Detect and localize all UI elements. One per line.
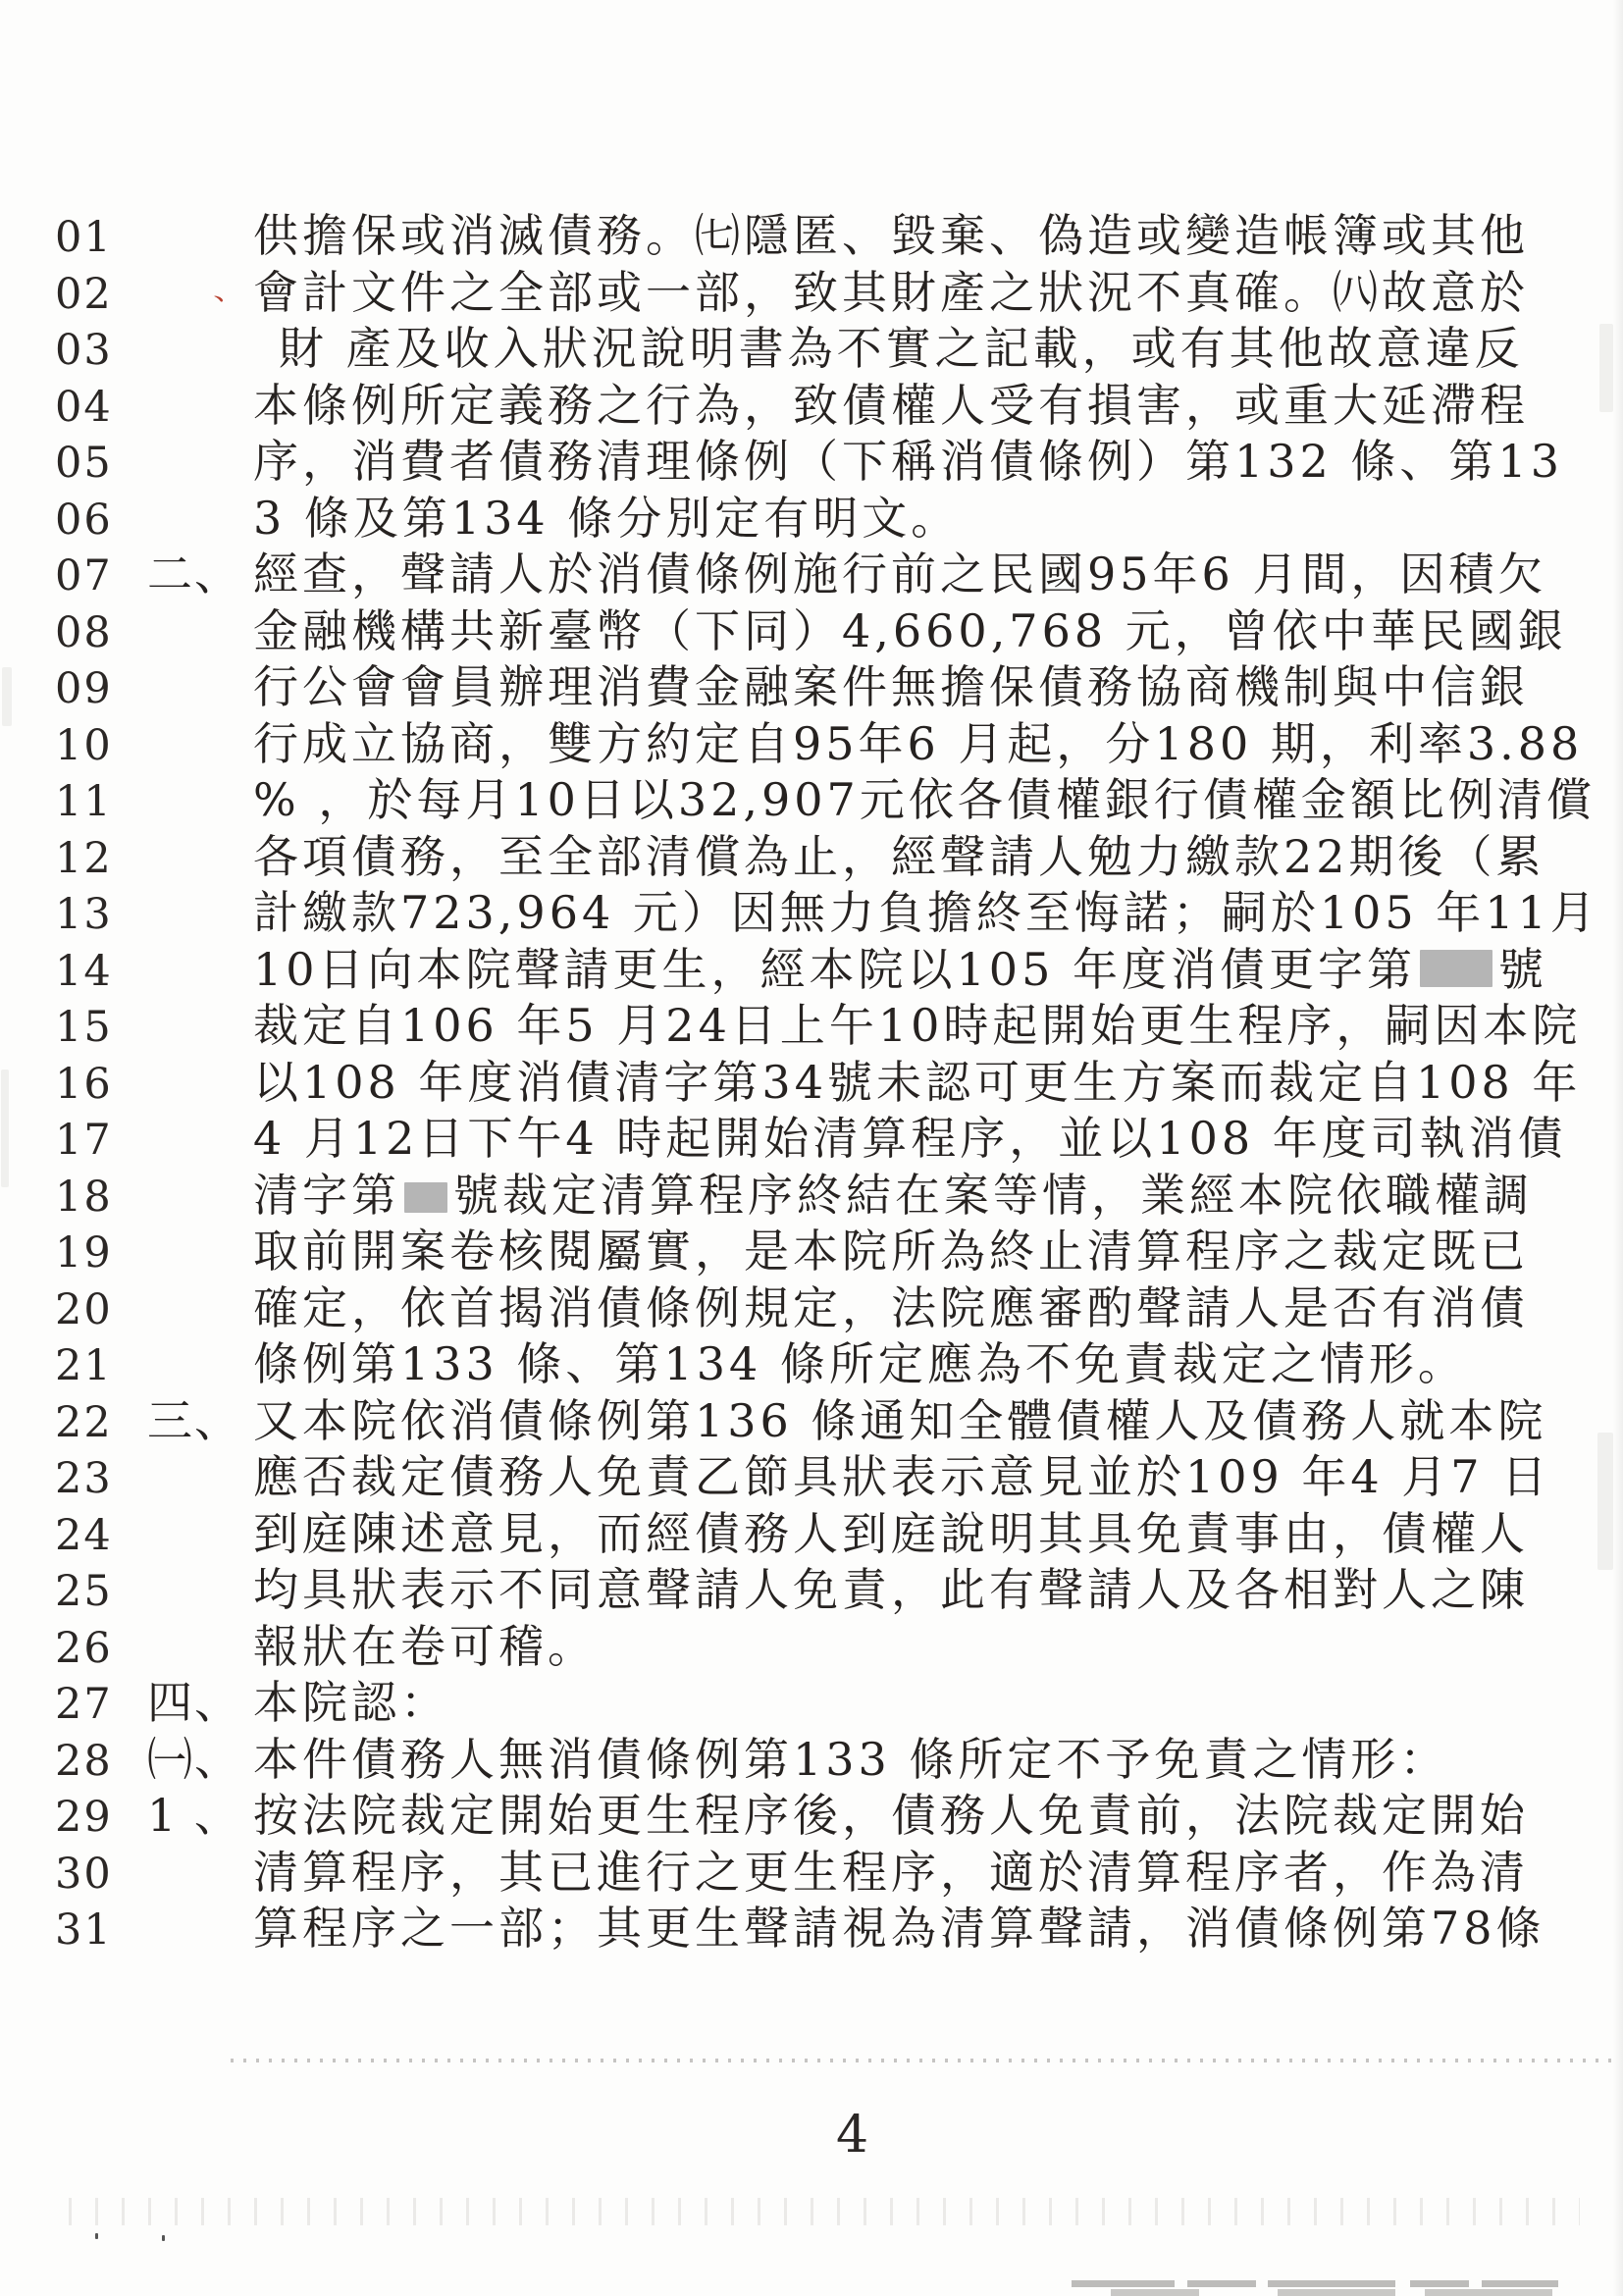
line-number: 12 xyxy=(55,831,143,886)
line-number: 30 xyxy=(55,1847,143,1902)
page-number: 4 xyxy=(836,2106,868,2165)
line-text: 號裁定清算程序終結在案等情，業經本院依職權調 xyxy=(453,1169,1533,1222)
document-line: 291 、按法院裁定開始更生程序後，債務人免責前，法院裁定開始 xyxy=(0,1788,1623,1845)
scan-speck xyxy=(162,2235,165,2241)
line-text: 本件債務人無消債條例第133 條所定不予免責之情形： xyxy=(253,1733,1448,1786)
red-tick-mark: 、 xyxy=(209,272,244,307)
line-text: 各項債務，至全部清償為止，經聲請人勉力繳款22期後（累 xyxy=(253,830,1545,883)
line-number: 22 xyxy=(55,1395,143,1450)
document-line: 27四、本院認： xyxy=(0,1675,1623,1732)
list-item-marker: 四、 xyxy=(147,1675,253,1730)
line-number: 15 xyxy=(55,1000,143,1055)
line-number: 28 xyxy=(55,1734,143,1789)
line-number: 31 xyxy=(55,1903,143,1957)
line-number: 16 xyxy=(55,1057,143,1112)
line-number: 11 xyxy=(55,774,143,829)
list-item-marker: 1 、 xyxy=(147,1788,253,1843)
line-number: 13 xyxy=(55,887,143,942)
line-number: 14 xyxy=(55,944,143,999)
line-text: 供擔保或消滅債務。㈦隱匿、毀棄、偽造或變造帳簿或其他 xyxy=(253,209,1529,262)
document-line: 24到庭陳述意見，而經債務人到庭說明其具免責事由，債權人 xyxy=(0,1506,1623,1563)
line-number: 24 xyxy=(55,1508,143,1563)
document-line: 22三、又本院依消債條例第136 條通知全體債權人及債務人就本院 xyxy=(0,1393,1623,1450)
document-line: 20確定，依首揭消債條例規定，法院應審酌聲請人是否有消債 xyxy=(0,1280,1623,1337)
scanned-court-document-page: 01供擔保或消滅債務。㈦隱匿、毀棄、偽造或變造帳簿或其他02會計文件之全部或一部… xyxy=(0,0,1623,2296)
line-number: 07 xyxy=(55,548,143,603)
line-number: 25 xyxy=(55,1564,143,1619)
line-text: 10日向本院聲請更生，經本院以105 年度消債更字第 xyxy=(253,943,1416,996)
line-text: 計繳款723,964 元）因無力負擔終至悔諾；嗣於105 年11月 xyxy=(253,886,1599,939)
line-number: 08 xyxy=(55,605,143,660)
line-number: 01 xyxy=(55,210,143,265)
document-line: 13計繳款723,964 元）因無力負擔終至悔諾；嗣於105 年11月 xyxy=(0,885,1623,942)
line-text: 清字第 xyxy=(253,1169,400,1222)
list-item-marker: 三、 xyxy=(147,1393,253,1448)
line-number: 27 xyxy=(55,1677,143,1732)
line-text: 又本院依消債條例第136 條通知全體債權人及債務人就本院 xyxy=(253,1394,1546,1447)
document-line: 08金融機構共新臺幣（下同）4,660,768 元，曾依中華民國銀 xyxy=(0,603,1623,660)
document-line: 23應否裁定債務人免責乙節具狀表示意見並於109 年4 月7 日 xyxy=(0,1449,1623,1506)
line-number: 05 xyxy=(55,436,143,491)
line-number: 19 xyxy=(55,1226,143,1280)
line-text: 4 月12日下午4 時起開始清算程序，並以108 年度司執消債 xyxy=(253,1112,1567,1165)
document-line: 03財 產及收入狀況說明書為不實之記載，或有其他故意違反 xyxy=(0,321,1623,378)
list-item-marker: ㈠、 xyxy=(147,1732,253,1787)
line-text: % ，於每月10日以32,907元依各債權銀行債權金額比例清償 xyxy=(253,773,1596,826)
line-text: 條例第133 條、第134 條所定應為不免責裁定之情形。 xyxy=(253,1337,1467,1390)
document-line: 31算程序之一部；其更生聲請視為清算聲請，消債條例第78條 xyxy=(0,1901,1623,1957)
line-number: 23 xyxy=(55,1451,143,1506)
document-line: 10行成立協商，雙方約定自95年6 月起，分180 期，利率3.88 xyxy=(0,716,1623,773)
line-text: 以108 年度消債清字第34號未認可更生方案而裁定自108 年 xyxy=(253,1056,1581,1109)
scan-smudge xyxy=(1597,1433,1613,1570)
line-text: 均具狀表示不同意聲請人免責，此有聲請人及各相對人之陳 xyxy=(253,1563,1529,1616)
document-line: 174 月12日下午4 時起開始清算程序，並以108 年度司執消債 xyxy=(0,1111,1623,1168)
scan-smudge xyxy=(2,667,12,726)
line-text: 清算程序，其已進行之更生程序，適於清算程序者，作為清 xyxy=(253,1846,1529,1899)
line-text: 號 xyxy=(1498,943,1547,996)
line-text: 裁定自106 年5 月24日上午10時起開始更生程序，嗣因本院 xyxy=(253,999,1581,1052)
line-text: 本條例所定義務之行為，致債權人受有損害，或重大延滯程 xyxy=(253,379,1529,432)
line-text: 本院認： xyxy=(253,1676,449,1729)
list-item-marker: 二、 xyxy=(147,547,253,601)
line-number: 26 xyxy=(55,1621,143,1676)
line-text: 行公會會員辦理消費金融案件無擔保債務協商機制與中信銀 xyxy=(253,660,1529,713)
line-number: 06 xyxy=(55,493,143,548)
line-number: 20 xyxy=(55,1282,143,1337)
document-line: 063 條及第134 條分別定有明文。 xyxy=(0,491,1623,548)
document-line: 15裁定自106 年5 月24日上午10時起開始更生程序，嗣因本院 xyxy=(0,998,1623,1055)
document-line: 02會計文件之全部或一部，致其財產之狀況不真確。㈧故意於 xyxy=(0,265,1623,322)
line-number: 29 xyxy=(55,1790,143,1845)
line-text: 到庭陳述意見，而經債務人到庭說明其具免責事由，債權人 xyxy=(253,1507,1529,1560)
scan-dotted-line-artifact xyxy=(231,2059,1614,2062)
document-line: 11% ，於每月10日以32,907元依各債權銀行債權金額比例清償 xyxy=(0,772,1623,829)
line-text: 3 條及第134 條分別定有明文。 xyxy=(253,492,960,545)
scan-speck xyxy=(95,2233,98,2239)
line-number: 03 xyxy=(55,323,143,378)
line-text: 按法院裁定開始更生程序後，債務人免責前，法院裁定開始 xyxy=(253,1789,1529,1842)
document-line: 09行公會會員辦理消費金融案件無擔保債務協商機制與中信銀 xyxy=(0,659,1623,716)
scan-noise-band xyxy=(69,2198,1580,2225)
document-line: 1410日向本院聲請更生，經本院以105 年度消債更字第號 xyxy=(0,942,1623,999)
line-text: 算程序之一部；其更生聲請視為清算聲請，消債條例第78條 xyxy=(253,1902,1545,1955)
line-text: 金融機構共新臺幣（下同）4,660,768 元，曾依中華民國銀 xyxy=(253,604,1567,657)
scan-smudge xyxy=(1,1070,9,1187)
line-number: 21 xyxy=(55,1338,143,1393)
line-text: 報狀在卷可稽。 xyxy=(253,1620,597,1673)
line-number: 04 xyxy=(55,380,143,435)
line-text: 財 產及收入狀況說明書為不實之記載，或有其他故意違反 xyxy=(279,322,1524,375)
line-number: 09 xyxy=(55,661,143,716)
line-text: 經查，聲請人於消債條例施行前之民國95年6 月間，因積欠 xyxy=(253,548,1546,600)
line-text: 應否裁定債務人免責乙節具狀表示意見並於109 年4 月7 日 xyxy=(253,1450,1550,1503)
document-line: 30清算程序，其已進行之更生程序，適於清算程序者，作為清 xyxy=(0,1845,1623,1902)
line-text: 確定，依首揭消債條例規定，法院應審酌聲請人是否有消債 xyxy=(253,1281,1529,1334)
document-line: 25均具狀表示不同意聲請人免責，此有聲請人及各相對人之陳 xyxy=(0,1562,1623,1619)
line-text: 取前開案卷核閱屬實，是本院所為終止清算程序之裁定既已 xyxy=(253,1225,1529,1278)
line-number: 10 xyxy=(55,718,143,773)
scan-smudge xyxy=(1599,324,1613,412)
document-line: 07二、經查，聲請人於消債條例施行前之民國95年6 月間，因積欠 xyxy=(0,547,1623,603)
line-text: 行成立協商，雙方約定自95年6 月起，分180 期，利率3.88 xyxy=(253,717,1583,770)
document-line: 05序，消費者債務清理條例（下稱消債條例）第132 條、第13 xyxy=(0,434,1623,491)
line-text: 會計文件之全部或一部，致其財產之狀況不真確。㈧故意於 xyxy=(253,266,1529,319)
line-number: 02 xyxy=(55,267,143,322)
document-line: 28㈠、本件債務人無消債條例第133 條所定不予免責之情形： xyxy=(0,1732,1623,1789)
document-line: 19取前開案卷核閱屬實，是本院所為終止清算程序之裁定既已 xyxy=(0,1224,1623,1280)
document-line: 16以108 年度消債清字第34號未認可更生方案而裁定自108 年 xyxy=(0,1055,1623,1112)
line-number: 17 xyxy=(55,1113,143,1168)
line-number: 18 xyxy=(55,1170,143,1225)
redaction-box xyxy=(1420,950,1492,987)
document-line: 01供擔保或消滅債務。㈦隱匿、毀棄、偽造或變造帳簿或其他 xyxy=(0,208,1623,265)
line-text: 序，消費者債務清理條例（下稱消債條例）第132 條、第13 xyxy=(253,435,1563,488)
document-line: 04本條例所定義務之行為，致債權人受有損害，或重大延滯程 xyxy=(0,378,1623,435)
document-line: 18清字第號裁定清算程序終結在案等情，業經本院依職權調 xyxy=(0,1168,1623,1225)
document-line: 21條例第133 條、第134 條所定應為不免責裁定之情形。 xyxy=(0,1336,1623,1393)
document-line: 26報狀在卷可稽。 xyxy=(0,1619,1623,1676)
redaction-box xyxy=(404,1182,447,1213)
scan-corner-dashes xyxy=(1072,2280,1562,2296)
document-line: 12各項債務，至全部清償為止，經聲請人勉力繳款22期後（累 xyxy=(0,829,1623,886)
